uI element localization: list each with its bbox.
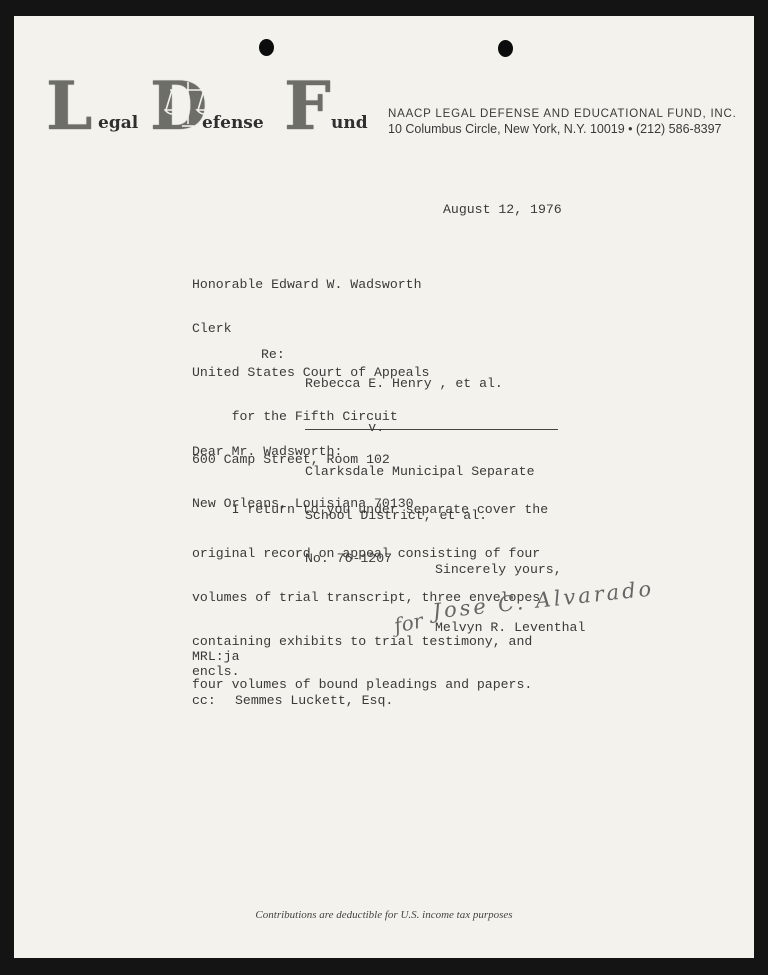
letter-date: August 12, 1976 [443, 203, 562, 218]
logo-letter-l: L [46, 73, 92, 139]
body-line: four volumes of bound pleadings and pape… [192, 678, 548, 693]
logo-letter-f: F [284, 73, 331, 139]
enclosures: encls. [192, 665, 239, 680]
case-underline [305, 429, 558, 430]
logo-word-defense: efense [202, 115, 264, 132]
signatory-name: Melvyn R. Leventhal [435, 621, 585, 636]
re-label: Re: [261, 348, 285, 363]
body-line: original record on appeal consisting of … [192, 547, 548, 562]
org-address: 10 Columbus Circle, New York, N.Y. 10019… [388, 122, 737, 136]
punch-hole [259, 39, 274, 56]
recipient-line: Honorable Edward W. Wadsworth [192, 278, 429, 293]
org-info: NAACP LEGAL DEFENSE AND EDUCATIONAL FUND… [388, 108, 737, 136]
cc-recipient: Semmes Luckett, Esq. [235, 694, 393, 709]
closing: Sincerely yours, [435, 563, 562, 578]
letter-page: L egal D efense F und NAACP LEGAL DEFENS… [14, 16, 754, 958]
logo-word-legal: egal [98, 115, 138, 132]
org-name: NAACP LEGAL DEFENSE AND EDUCATIONAL FUND… [388, 108, 737, 120]
body-line: containing exhibits to trial testimony, … [192, 635, 548, 650]
re-line: Rebecca E. Henry , et al. [305, 377, 535, 392]
logo-word-fund: und [331, 115, 368, 132]
recipient-line: Clerk [192, 322, 429, 337]
cc-label: cc: [192, 694, 216, 709]
footer-note: Contributions are deductible for U.S. in… [14, 909, 754, 921]
punch-hole [498, 40, 513, 57]
reference-initials: MRL:ja [192, 650, 239, 665]
body-line: I return to you under separate cover the [192, 503, 548, 518]
salutation: Dear Mr. Wadsworth: [192, 445, 342, 460]
